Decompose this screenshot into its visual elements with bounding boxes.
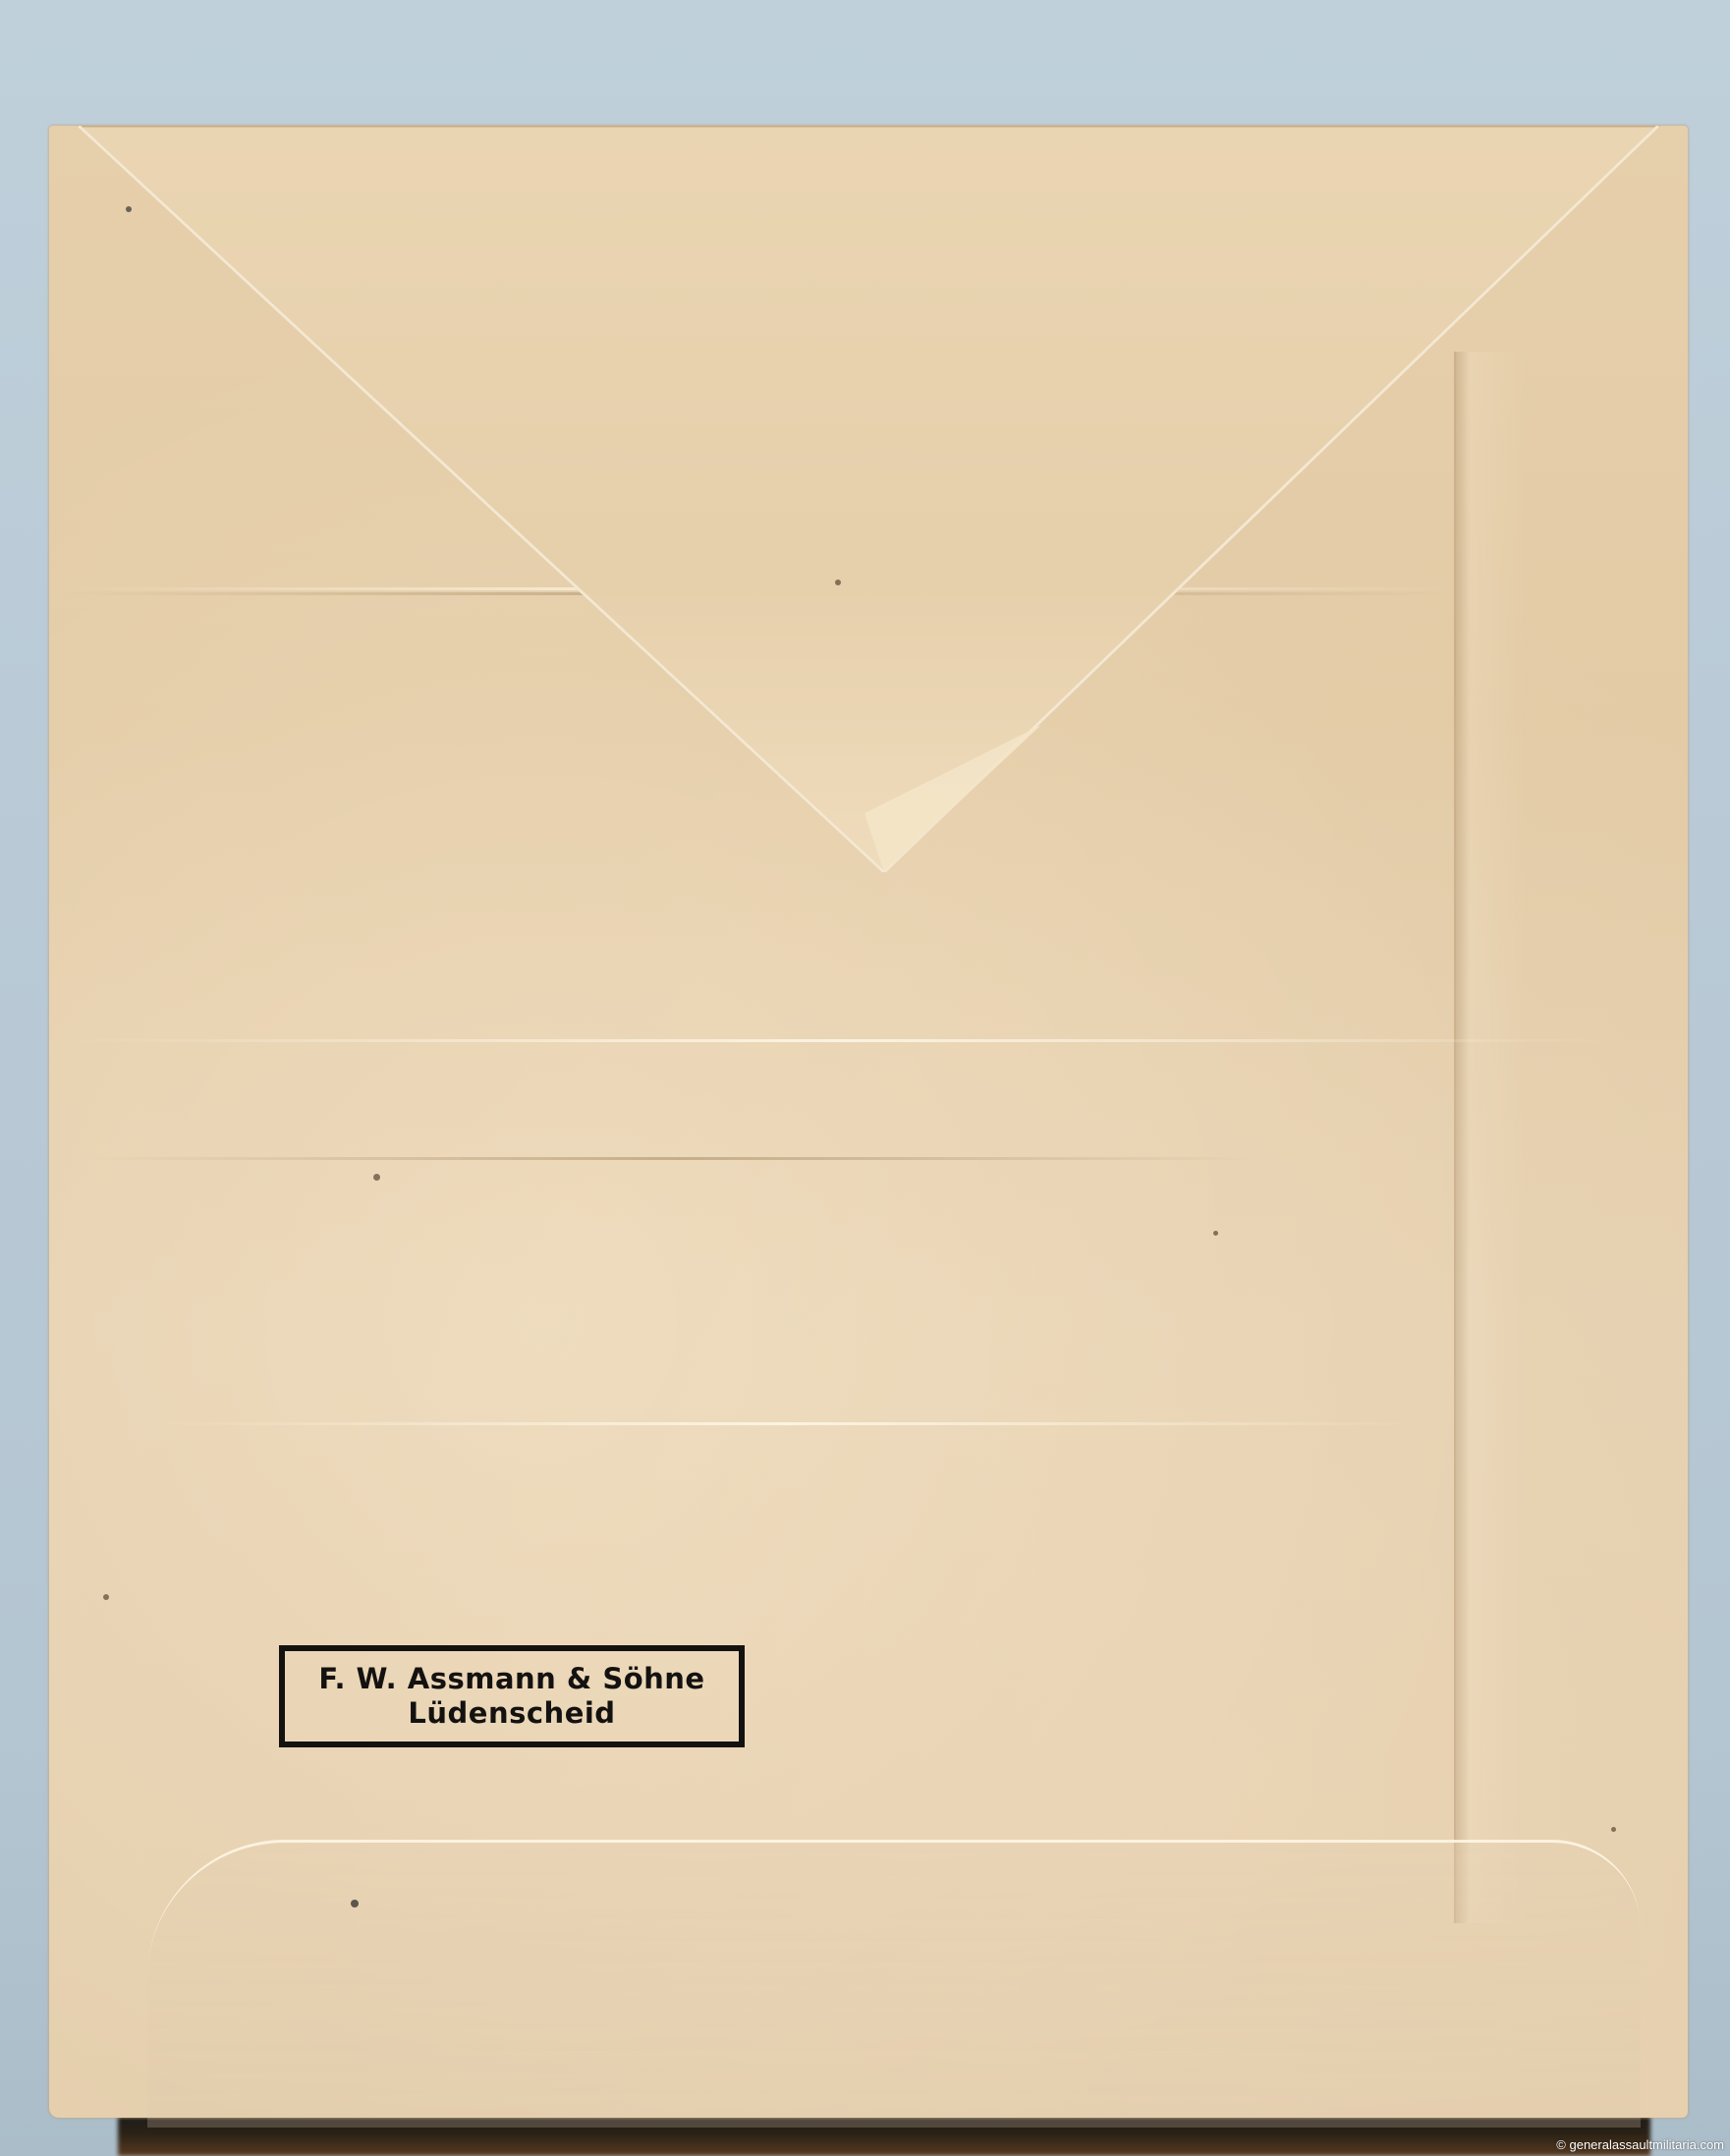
- crease: [59, 592, 1454, 595]
- stamp-maker-name: F. W. Assmann & Söhne: [285, 1665, 739, 1693]
- crease: [59, 587, 1454, 590]
- crease: [49, 1039, 1621, 1042]
- stamp-location: Lüdenscheid: [285, 1699, 739, 1728]
- crease: [88, 1157, 1267, 1160]
- envelope-back: [49, 126, 1688, 2118]
- envelope-bottom-flap: [147, 1840, 1641, 2128]
- crease: [147, 1422, 1424, 1425]
- copyright-watermark: © generalassaultmilitaria.com: [1556, 2137, 1724, 2152]
- envelope-side-fold: [1454, 352, 1690, 1923]
- maker-stamp: F. W. Assmann & Söhne Lüdenscheid: [279, 1645, 745, 1747]
